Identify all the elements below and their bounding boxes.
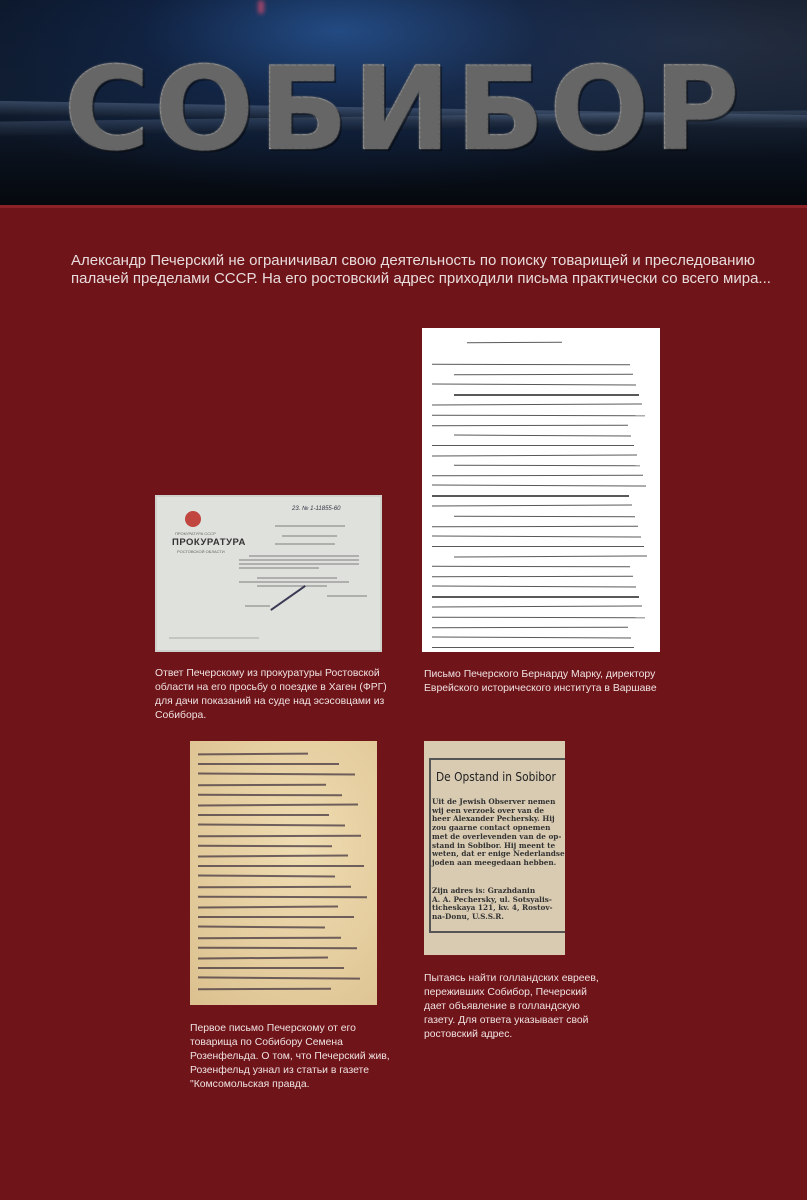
handwriting-line — [432, 606, 642, 608]
handwriting-line — [198, 906, 338, 909]
handwriting-line — [432, 364, 630, 366]
handwriting-line — [198, 926, 325, 928]
handwriting-line — [432, 535, 641, 537]
handwriting-line — [198, 957, 328, 960]
text-line — [169, 637, 259, 639]
handwriting-line — [432, 626, 628, 628]
handwriting-line — [432, 525, 638, 527]
text-line — [257, 577, 337, 579]
handwriting-line — [198, 854, 348, 857]
caption-prosecutor-letter: Ответ Печерскому из прокуратуры Ростовск… — [155, 667, 395, 723]
handwriting-line — [432, 384, 636, 386]
handwriting-line — [198, 814, 329, 816]
handwriting-line — [454, 394, 639, 395]
handwriting-line — [432, 454, 637, 456]
handwriting-line — [432, 576, 633, 578]
text-line — [275, 525, 345, 527]
emblem-icon — [185, 511, 201, 527]
handwriting-line — [454, 555, 647, 557]
handwriting-line — [432, 636, 631, 638]
doc-org: ПРОКУРАТУРА — [172, 537, 246, 548]
handwriting-line — [198, 845, 332, 847]
divider — [0, 205, 807, 208]
handwriting-line — [198, 773, 355, 776]
header-banner: СОБИБОР — [0, 0, 807, 207]
clipping-body: Uit de Jewish Observer nemen wij een ver… — [432, 798, 565, 868]
handwriting-line — [432, 546, 644, 547]
handwriting-line — [454, 465, 640, 467]
handwriting-line — [198, 783, 326, 785]
doc-header-small: ПРОКУРАТУРА СССР — [175, 531, 216, 536]
caption-letter-to-mark: Письмо Печерского Бернарду Марку, директ… — [424, 668, 659, 696]
handwriting-line — [432, 616, 645, 618]
handwriting-line — [454, 374, 633, 376]
handwriting-line — [198, 896, 367, 898]
caption-rosenfeld-letter: Первое письмо Печерскому от его товарища… — [190, 1022, 390, 1092]
handwriting-line — [198, 753, 308, 755]
text-line — [239, 563, 359, 565]
text-line — [239, 559, 359, 561]
handwriting-line — [198, 875, 335, 878]
handwriting-line — [467, 342, 562, 344]
text-line — [282, 535, 337, 537]
page-title: СОБИБОР — [0, 51, 807, 167]
handwriting-line — [432, 404, 642, 406]
clipping-title: De Opstand in Sobibor — [436, 769, 556, 784]
rosenfeld-letter-image — [190, 741, 377, 1005]
handwriting-line — [198, 977, 360, 980]
intro-text: Александр Печерский не ограничивал свою … — [71, 252, 771, 288]
handwriting-line — [432, 505, 632, 507]
handwriting-line — [198, 967, 344, 969]
handwriting-line — [198, 916, 354, 918]
handwriting-line — [198, 834, 361, 836]
text-line — [275, 543, 335, 545]
text-line — [245, 605, 270, 607]
handwriting-line — [198, 794, 342, 796]
handwriting-line — [198, 885, 351, 887]
text-line — [327, 595, 367, 597]
handwriting-line — [198, 987, 331, 989]
handwriting-line — [432, 596, 639, 597]
text-line — [257, 585, 327, 587]
handwriting-line — [432, 424, 628, 426]
handwriting-line — [432, 647, 634, 648]
handwriting-line — [432, 566, 630, 568]
handwriting-line — [198, 824, 345, 827]
letter-to-mark-image — [422, 328, 660, 652]
handwriting-line — [454, 434, 631, 436]
handwriting-line — [432, 475, 643, 477]
text-line — [239, 567, 319, 569]
handwriting-line — [432, 485, 646, 487]
handwriting-line — [432, 495, 629, 496]
signature — [270, 585, 306, 611]
text-line — [249, 555, 359, 557]
clipping-address: Zijn adres is: Grazhdanin A. A. Pechersk… — [432, 887, 565, 922]
caption-dutch-newspaper: Пытаясь найти голландских евреев, пережи… — [424, 972, 604, 1042]
handwriting-line — [432, 414, 645, 416]
handwriting-line — [198, 947, 357, 949]
light-flare — [258, 0, 264, 14]
handwriting-line — [198, 763, 339, 765]
prosecutor-letter-image: ПРОКУРАТУРА СССР ПРОКУРАТУРА РОСТОВСКОЙ … — [155, 495, 382, 652]
handwriting-line — [432, 586, 636, 588]
handwriting-line — [198, 803, 358, 806]
handwriting-line — [198, 936, 341, 938]
handwriting-line — [454, 515, 635, 517]
handwriting-line — [198, 865, 364, 867]
text-line — [239, 581, 349, 583]
dutch-newspaper-clipping: De Opstand in Sobibor Uit de Jewish Obse… — [424, 741, 565, 955]
doc-number: 23. № 1-11855-60 — [292, 506, 340, 512]
doc-org-sub: РОСТОВСКОЙ ОБЛАСТИ — [177, 549, 225, 554]
handwriting-line — [432, 445, 634, 446]
